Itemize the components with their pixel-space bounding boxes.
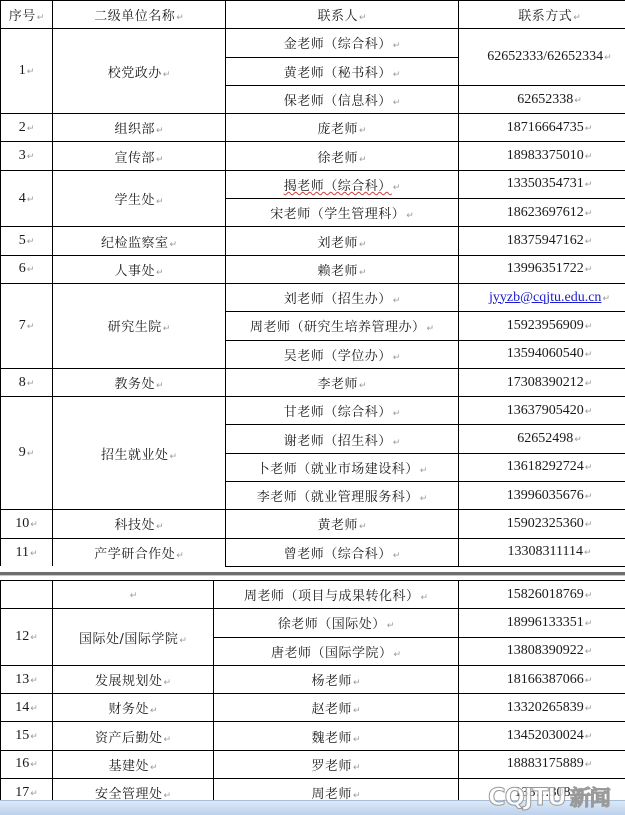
row-contact: 保老师（信息科）↵ [226,85,459,113]
row-unit: 资产后勤处↵ [53,722,214,750]
row-no: 7↵ [1,283,53,368]
row-no: 12↵ [1,609,53,666]
row-no: 14↵ [1,694,53,722]
row-unit: 宣传部↵ [53,142,226,170]
row-contact: 庞老师↵ [226,114,459,142]
contact-table-page-2: ↵ 周老师（项目与成果转化科）↵ 15826018769↵ 12↵ 国际处/国际… [0,580,625,807]
row-phone: 18166387066↵ [459,665,625,693]
table-row: 1↵ 校党政办↵ 金老师（综合科）↵ 62652333/62652334↵ [1,29,625,57]
row-contact: 赖老师↵ [226,255,459,283]
row-unit: 人事处↵ [53,255,226,283]
row-contact: 黄老师（秘书科）↵ [226,57,459,85]
row-unit: 发展规划处↵ [53,665,214,693]
row-no: 3↵ [1,142,53,170]
row-contact: 周老师（研究生培养管理办）↵ [226,312,459,340]
table-row: 4↵ 学生处↵ 揭老师（综合科）↵ 13350354731↵ [1,170,625,198]
row-phone: 13996035676↵ [459,482,625,510]
row-contact: 曾老师（综合科）↵ [226,538,459,566]
row-unit: 科技处↵ [53,510,226,538]
row-phone: 17308390212↵ [459,368,625,396]
row-unit: 研究生院↵ [53,283,226,368]
row-phone: 18716664735↵ [459,114,625,142]
row-contact: 李老师（就业管理服务科）↵ [226,482,459,510]
row-phone: 13308311114↵ [459,538,625,566]
header-cell-phone: 联系方式↵ [459,1,625,29]
row-contact: 金老师（综合科）↵ [226,29,459,57]
row-contact: 罗老师↵ [214,750,459,778]
table-row: 8↵ 教务处↵ 李老师↵ 17308390212↵ [1,368,625,396]
table-row: 11↵ 产学研合作处↵ 曾老师（综合科）↵ 13308311114↵ [1,538,625,566]
header-cell-no: 序号↵ [1,1,53,29]
row-unit: 国际处/国际学院↵ [53,609,214,666]
row-unit: 校党政办↵ [53,29,226,114]
row-contact: 徐老师↵ [226,142,459,170]
row-phone: 13637905420↵ [459,397,625,425]
row-no [1,581,53,609]
row-phone: 15923956909↵ [459,312,625,340]
row-phone: 62652338↵ [459,85,625,113]
row-contact: 谢老师（招生科）↵ [226,425,459,453]
row-unit: 产学研合作处↵ [53,538,226,566]
table-row: 13↵ 发展规划处↵ 杨老师↵ 18166387066↵ [1,665,625,693]
table-row: 2↵ 组织部↵ 庞老师↵ 18716664735↵ [1,114,625,142]
row-phone: 18623697612↵ [459,199,625,227]
row-phone: 13996351722↵ [459,255,625,283]
table-row: 7↵ 研究生院↵ 刘老师（招生办）↵ jyyzb@cqjtu.edu.cn↵ [1,283,625,311]
row-contact: 李老师↵ [226,368,459,396]
row-unit: 基建处↵ [53,750,214,778]
row-phone: 13320265839↵ [459,694,625,722]
row-email: jyyzb@cqjtu.edu.cn↵ [459,283,625,311]
row-unit: 纪检监察室↵ [53,227,226,255]
row-contact: 徐老师（国际处）↵ [214,609,459,637]
table-row: ↵ 周老师（项目与成果转化科）↵ 15826018769↵ [1,581,625,609]
row-phone: 18996133351↵ [459,609,625,637]
table-row: 3↵ 宣传部↵ 徐老师↵ 18983375010↵ [1,142,625,170]
row-no: 16↵ [1,750,53,778]
row-unit: 教务处↵ [53,368,226,396]
row-contact: 吴老师（学位办）↵ [226,340,459,368]
row-phone: 62652498↵ [459,425,625,453]
row-contact: 魏老师↵ [214,722,459,750]
row-no: 5↵ [1,227,53,255]
row-unit: ↵ [53,581,214,609]
row-contact: 刘老师（招生办）↵ [226,283,459,311]
row-contact: 宋老师（学生管理科）↵ [226,199,459,227]
row-no: 13↵ [1,665,53,693]
watermark-logo: CQJTU新闻 [488,782,625,812]
row-phone: 18375947162↵ [459,227,625,255]
row-contact: 唐老师（国际学院）↵ [214,637,459,665]
row-phone: 13350354731↵ [459,170,625,198]
row-phone: 13808390922↵ [459,637,625,665]
header-cell-unit: 二级单位名称↵ [53,1,226,29]
row-no: 1↵ [1,29,53,114]
row-unit: 学生处↵ [53,170,226,227]
row-no: 6↵ [1,255,53,283]
table-row: 10↵ 科技处↵ 黄老师↵ 15902325360↵ [1,510,625,538]
row-no: 11↵ [1,538,53,566]
table-row: 12↵ 国际处/国际学院↵ 徐老师（国际处）↵ 18996133351↵ [1,609,625,637]
row-contact: 刘老师↵ [226,227,459,255]
table-header-row: 序号↵ 二级单位名称↵ 联系人↵ 联系方式↵ [1,1,625,29]
row-contact: 杨老师↵ [214,665,459,693]
row-phone: 15826018769↵ [459,581,625,609]
page-break-shadow [0,575,625,576]
row-no: 15↵ [1,722,53,750]
table-row: 5↵ 纪检监察室↵ 刘老师↵ 18375947162↵ [1,227,625,255]
row-unit: 组织部↵ [53,114,226,142]
row-no: 9↵ [1,397,53,510]
table-row: 9↵ 招生就业处↵ 甘老师（综合科）↵ 13637905420↵ [1,397,625,425]
table-row: 16↵ 基建处↵ 罗老师↵ 18883175889↵ [1,750,625,778]
row-phone: 13594060540↵ [459,340,625,368]
row-no: 4↵ [1,170,53,227]
row-phone: 18983375010↵ [459,142,625,170]
row-contact: 揭老师（综合科）↵ [226,170,459,198]
row-contact: 甘老师（综合科）↵ [226,397,459,425]
row-contact: 黄老师↵ [226,510,459,538]
table-row: 15↵ 资产后勤处↵ 魏老师↵ 13452030024↵ [1,722,625,750]
row-phone: 13452030024↵ [459,722,625,750]
row-phone: 15902325360↵ [459,510,625,538]
row-phone: 18883175889↵ [459,750,625,778]
row-contact: 周老师（项目与成果转化科）↵ [214,581,459,609]
row-contact: 卜老师（就业市场建设科）↵ [226,453,459,481]
row-phone: 13618292724↵ [459,453,625,481]
row-no: 8↵ [1,368,53,396]
row-unit: 财务处↵ [53,694,214,722]
table-row: 6↵ 人事处↵ 赖老师↵ 13996351722↵ [1,255,625,283]
row-no: 2↵ [1,114,53,142]
table-row: 14↵ 财务处↵ 赵老师↵ 13320265839↵ [1,694,625,722]
row-unit: 招生就业处↵ [53,397,226,510]
header-cell-contact: 联系人↵ [226,1,459,29]
email-link[interactable]: jyyzb@cqjtu.edu.cn [489,290,601,305]
row-no: 10↵ [1,510,53,538]
row-contact: 赵老师↵ [214,694,459,722]
row-phone: 62652333/62652334↵ [459,29,625,86]
contact-table-page-1: 序号↵ 二级单位名称↵ 联系人↵ 联系方式↵ 1↵ 校党政办↵ 金老师（综合科）… [0,0,625,567]
